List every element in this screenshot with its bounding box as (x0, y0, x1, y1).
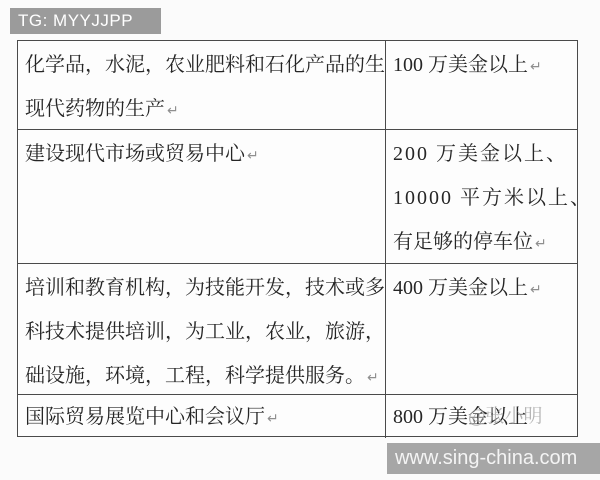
return-mark-icon: ↵ (530, 59, 542, 75)
tg-badge: TG: MYYJJPP (10, 8, 161, 34)
table-row: 培训和教育机构，为技能开发，技术或多学 科技术提供培训，为工业，农业，旅游，基 … (18, 264, 577, 395)
cell-text: 800 万美金以上 (393, 406, 528, 428)
cell-text: 200 万美金以上、 (393, 143, 568, 165)
category-cell: 化学品，水泥，农业肥料和石化产品的生产 现代药物的生产↵ (18, 41, 386, 129)
cell-text: 100 万美金以上 (393, 54, 528, 76)
cell-text: 建设现代市场或贸易中心 (25, 143, 245, 165)
return-mark-icon: ↵ (535, 236, 547, 252)
category-cell: 培训和教育机构，为技能开发，技术或多学 科技术提供培训，为工业，农业，旅游，基 … (18, 264, 386, 394)
requirement-cell: 100 万美金以上↵ (386, 41, 577, 129)
cell-text: 有足够的停车位 (393, 231, 533, 253)
requirement-cell: 400 万美金以上↵ (386, 264, 577, 394)
cell-text: 10000 平方米以上、 (393, 187, 577, 209)
table-row: 国际贸易展览中心和会议厅↵ 800 万美金以上 (18, 395, 577, 438)
return-mark-icon: ↵ (247, 148, 259, 164)
table-row: 化学品，水泥，农业肥料和石化产品的生产 现代药物的生产↵ 100 万美金以上↵ (18, 41, 577, 130)
return-mark-icon: ↵ (367, 370, 379, 386)
site-watermark-text: www.sing-china.com (395, 447, 577, 469)
requirement-cell: 800 万美金以上 (386, 395, 577, 438)
category-cell: 国际贸易展览中心和会议厅↵ (18, 395, 386, 438)
table-row: 建设现代市场或贸易中心↵ 200 万美金以上、 10000 平方米以上、 有足够… (18, 130, 577, 264)
cell-text: 培训和教育机构，为技能开发，技术或多学 (25, 277, 386, 299)
cell-text: 科技术提供培训，为工业，农业，旅游，基 (25, 321, 386, 343)
investment-requirements-table: 化学品，水泥，农业肥料和石化产品的生产 现代药物的生产↵ 100 万美金以上↵ … (17, 40, 578, 437)
cell-text: 础设施，环境，工程，科学提供服务。 (25, 365, 365, 387)
requirement-cell: 200 万美金以上、 10000 平方米以上、 有足够的停车位↵ (386, 130, 577, 263)
category-cell: 建设现代市场或贸易中心↵ (18, 130, 386, 263)
cell-text: 现代药物的生产 (25, 98, 165, 120)
cell-text: 400 万美金以上 (393, 277, 528, 299)
site-watermark-bar: www.sing-china.com (387, 443, 600, 474)
return-mark-icon: ↵ (167, 103, 179, 119)
cell-text: 国际贸易展览中心和会议厅 (25, 406, 265, 428)
return-mark-icon: ↵ (530, 282, 542, 298)
cell-text: 化学品，水泥，农业肥料和石化产品的生产 (25, 54, 386, 76)
return-mark-icon: ↵ (267, 411, 279, 427)
